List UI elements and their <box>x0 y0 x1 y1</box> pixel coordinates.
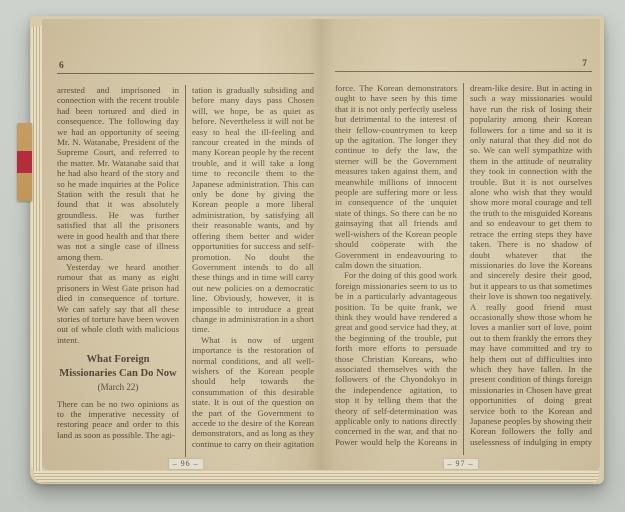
bookmark-red-band <box>17 151 32 173</box>
right-page-header: 7 <box>335 55 592 70</box>
right-column-divider <box>463 83 464 455</box>
paragraph: There can be no two opinions as to the i… <box>57 399 179 441</box>
right-page: 7 force. The Korean demonstrators ought … <box>321 19 600 470</box>
paragraph: tation is gradually subsiding and before… <box>192 85 314 335</box>
right-page-text-block: 7 force. The Korean demonstrators ought … <box>335 55 592 455</box>
left-page-text-block: 6 arrested and imprisoned in connection … <box>57 57 314 457</box>
page-edges-left <box>31 26 42 472</box>
right-page-column-1: force. The Korean demonstrators ought to… <box>335 83 457 449</box>
bookmark-tab <box>17 123 32 201</box>
photo-background: 6 arrested and imprisoned in connection … <box>0 0 625 512</box>
open-book: 6 arrested and imprisoned in connection … <box>30 16 604 484</box>
paragraph: dream-like desire. But in acting in such… <box>470 83 592 449</box>
left-page-column-1: arrested and imprisoned in connection wi… <box>57 85 179 451</box>
left-page-number: 6 <box>59 61 65 71</box>
left-page-footer: – 96 – <box>169 459 203 469</box>
page-edges-bottom <box>34 471 599 483</box>
right-page-number: 7 <box>582 59 588 69</box>
paragraph: force. The Korean demonstrators ought to… <box>335 83 457 270</box>
paragraph: arrested and imprisoned in connection wi… <box>57 85 179 262</box>
left-page-header: 6 <box>57 57 314 72</box>
article-heading: What Foreign Missionaries Can Do Now <box>59 353 177 380</box>
right-page-column-2: dream-like desire. But in acting in such… <box>470 83 592 449</box>
left-header-rule <box>57 73 314 74</box>
book-spread: 6 arrested and imprisoned in connection … <box>42 19 600 470</box>
left-column-divider <box>185 85 186 457</box>
left-page-column-2: tation is gradually subsiding and before… <box>192 85 314 451</box>
paragraph: For the doing of this good work foreign … <box>335 270 457 449</box>
left-page: 6 arrested and imprisoned in connection … <box>42 19 321 470</box>
right-page-footer: – 97 – <box>444 459 478 469</box>
right-page-columns: force. The Korean demonstrators ought to… <box>335 83 592 455</box>
right-header-rule <box>335 71 592 72</box>
paragraph: What is now of urgent importance is the … <box>192 335 314 451</box>
paragraph: Yesterday we heard another rumour that a… <box>57 262 179 345</box>
article-date: (March 22) <box>57 382 179 392</box>
left-page-columns: arrested and imprisoned in connection wi… <box>57 85 314 457</box>
